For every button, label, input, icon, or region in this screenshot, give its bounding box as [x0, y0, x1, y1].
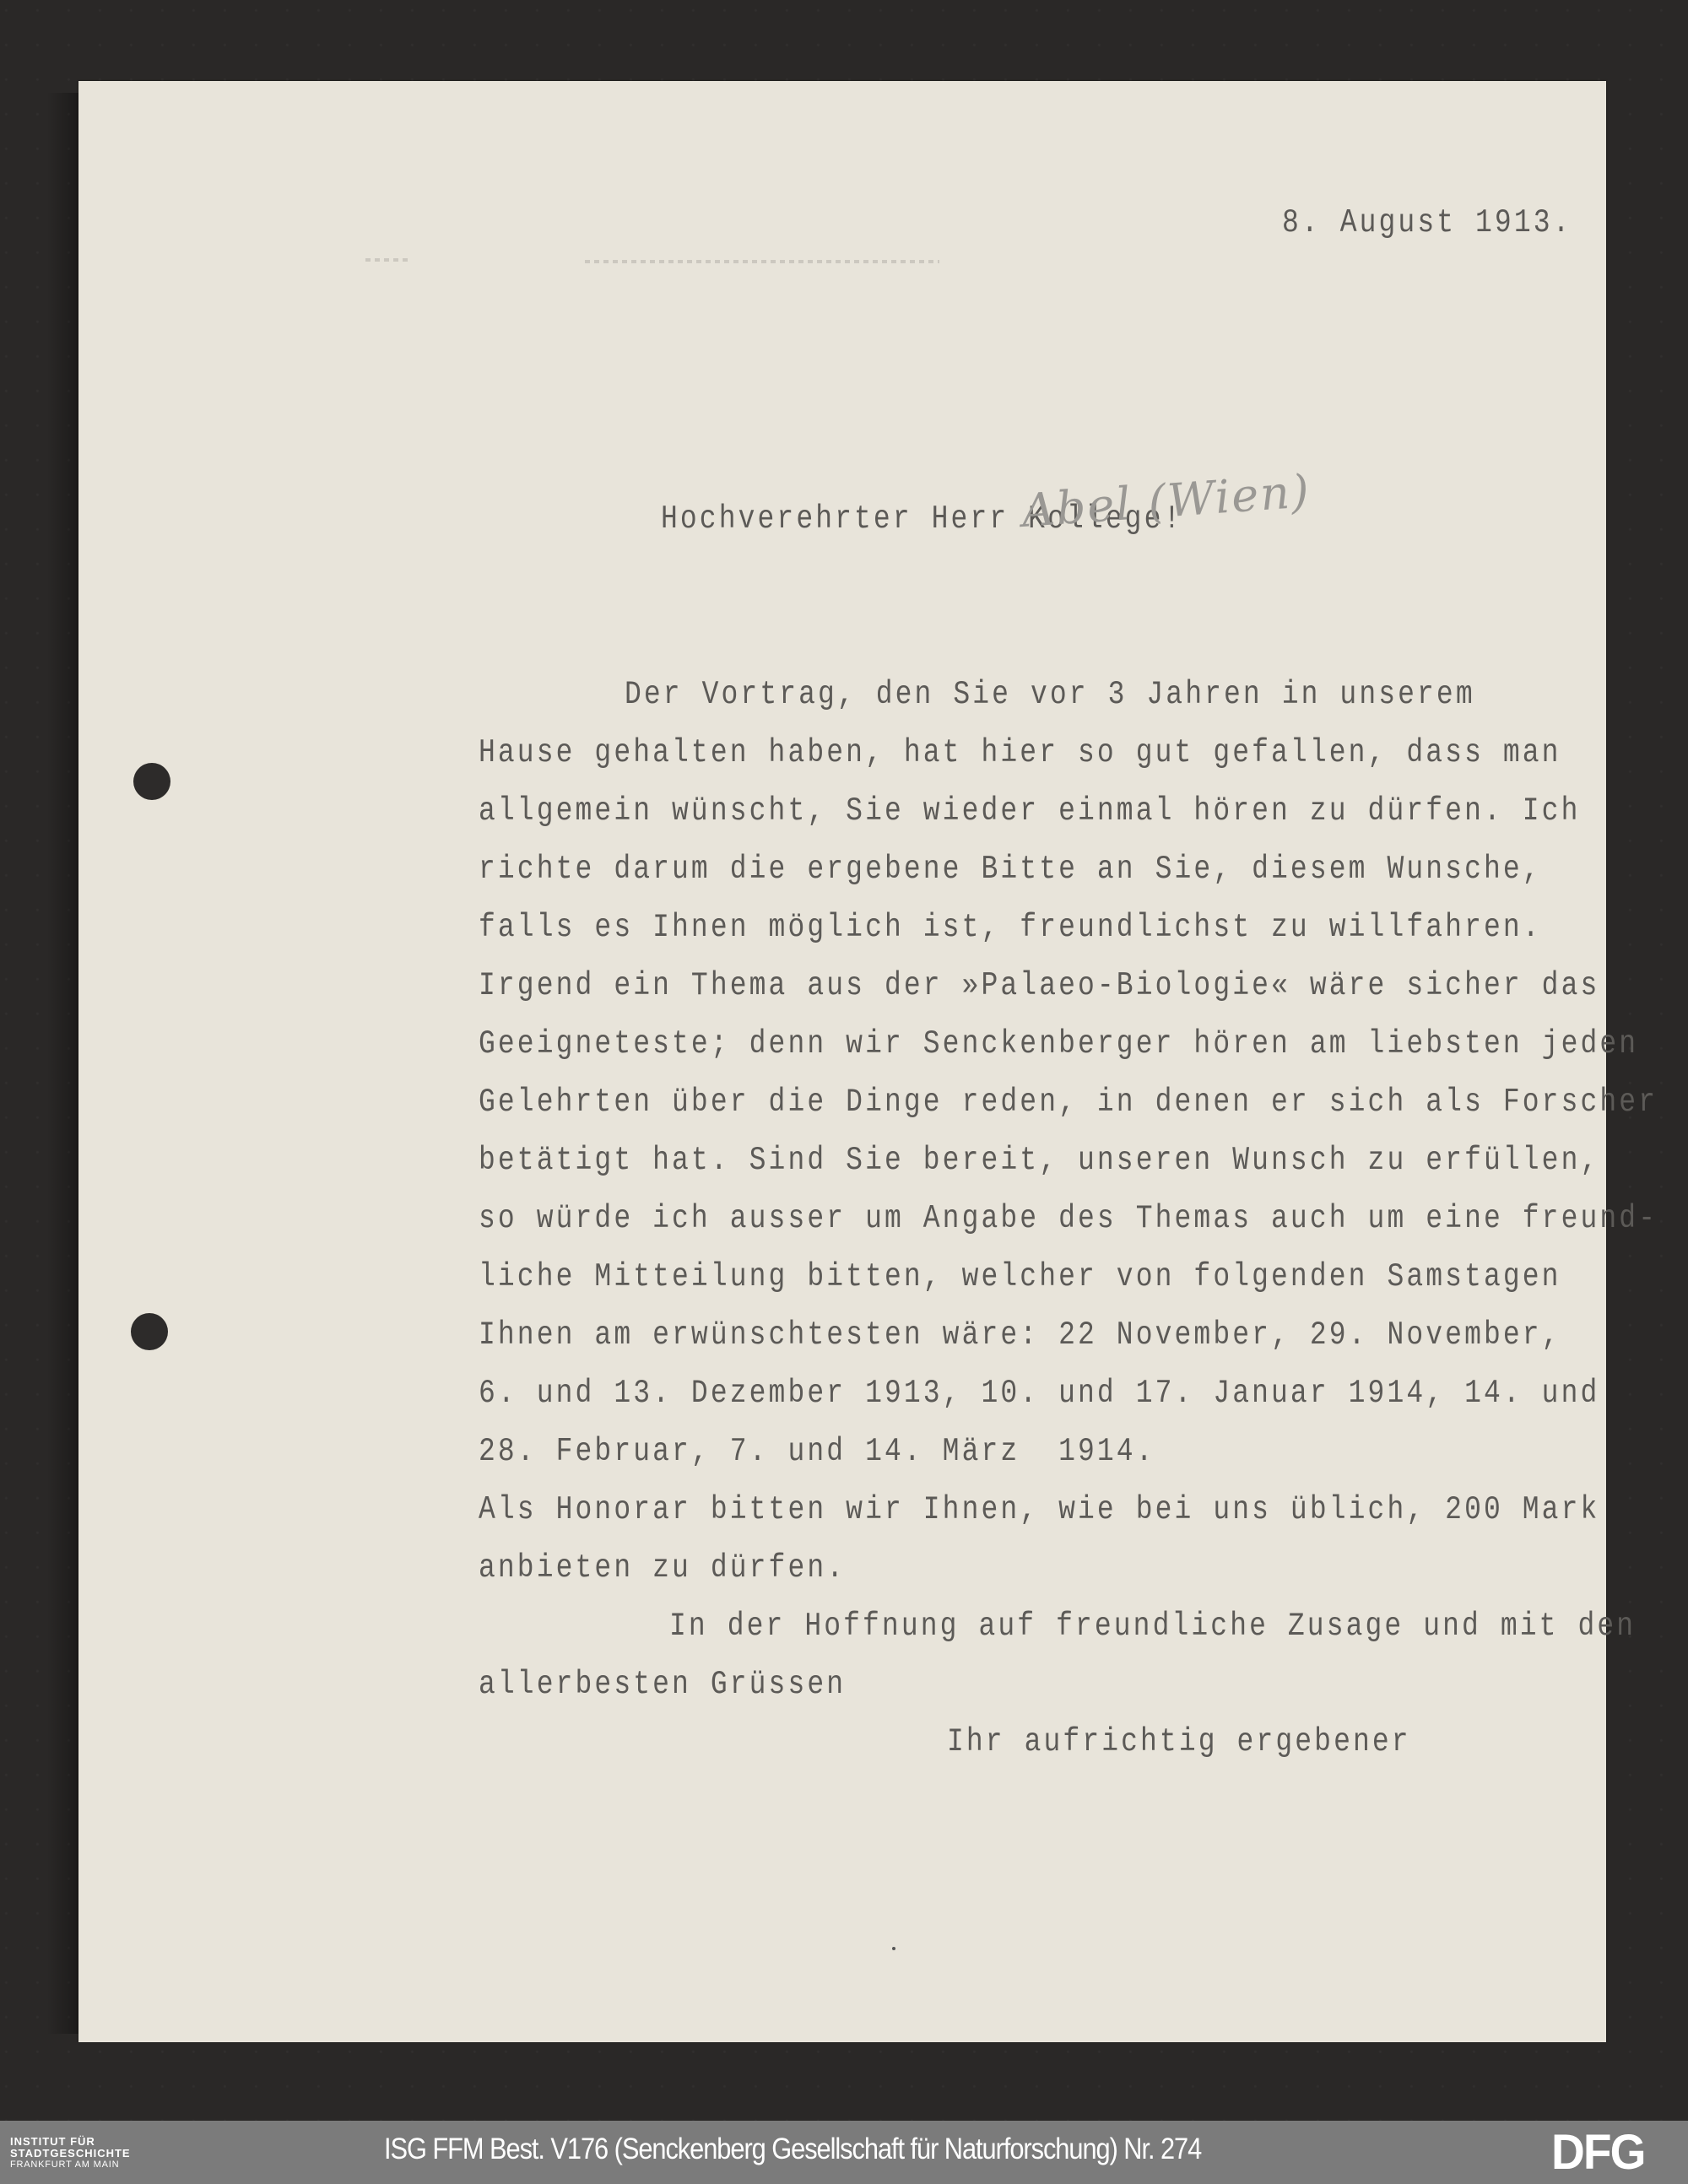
- body-line: anbieten zu dürfen.: [479, 1549, 846, 1588]
- body-line: betätigt hat. Sind Sie bereit, unseren W…: [479, 1141, 1599, 1181]
- body-line: Der Vortrag, den Sie vor 3 Jahren in uns…: [625, 675, 1475, 715]
- handwritten-annotation: Abel (Wien): [1020, 464, 1312, 538]
- body-line: Geeigneteste; denn wir Senckenberger hör…: [479, 1024, 1638, 1064]
- body-line: Gelehrten über die Dinge reden, in denen…: [479, 1083, 1658, 1122]
- body-line: allgemein wünscht, Sie wieder einmal hör…: [479, 792, 1580, 831]
- punch-hole-bottom: [131, 1313, 168, 1350]
- paper-shadow: [46, 93, 80, 2034]
- faint-offset-line: [365, 258, 408, 262]
- body-line: allerbesten Grüssen: [479, 1665, 846, 1705]
- body-line: Hause gehalten haben, hat hier so gut ge…: [479, 733, 1561, 773]
- letter-date: 8. August 1913.: [1282, 203, 1572, 243]
- institute-name-line1: INSTITUT FÜR: [10, 2136, 131, 2147]
- institute-city: FRANKFURT AM MAIN: [10, 2160, 131, 2170]
- faint-offset-line: [585, 260, 939, 263]
- body-line: Irgend ein Thema aus der »Palaeo-Biologi…: [479, 966, 1599, 1006]
- ink-speck: [892, 1947, 895, 1950]
- archive-caption: ISG FFM Best. V176 (Senckenberg Gesellsc…: [384, 2133, 1201, 2166]
- body-line: 28. Februar, 7. und 14. März 1914.: [479, 1432, 1155, 1472]
- institute-logo: INSTITUT FÜR STADTGESCHICHTE FRANKFURT A…: [10, 2136, 131, 2170]
- body-line: 6. und 13. Dezember 1913, 10. und 17. Ja…: [479, 1374, 1599, 1414]
- body-line: Ihnen am erwünschtesten wäre: 22 Novembe…: [479, 1316, 1561, 1355]
- punch-hole-top: [133, 763, 170, 800]
- dfg-logo: DFG: [1551, 2128, 1645, 2177]
- body-line: In der Hoffnung auf freundliche Zusage u…: [669, 1607, 1636, 1646]
- body-line: falls es Ihnen möglich ist, freundlichst…: [479, 908, 1542, 948]
- institute-name-line2: STADTGESCHICHTE: [10, 2148, 131, 2159]
- body-line: richte darum die ergebene Bitte an Sie, …: [479, 850, 1542, 889]
- body-line: liche Mitteilung bitten, welcher von fol…: [479, 1257, 1561, 1297]
- body-line: so würde ich ausser um Angabe des Themas…: [479, 1199, 1658, 1239]
- letter-page: 8. August 1913. Hochverehrter Herr Kolle…: [78, 81, 1606, 2042]
- letter-closing: Ihr aufrichtig ergebener: [947, 1722, 1411, 1762]
- body-line: Als Honorar bitten wir Ihnen, wie bei un…: [479, 1490, 1599, 1530]
- archive-footer-bar: INSTITUT FÜR STADTGESCHICHTE FRANKFURT A…: [0, 2121, 1688, 2184]
